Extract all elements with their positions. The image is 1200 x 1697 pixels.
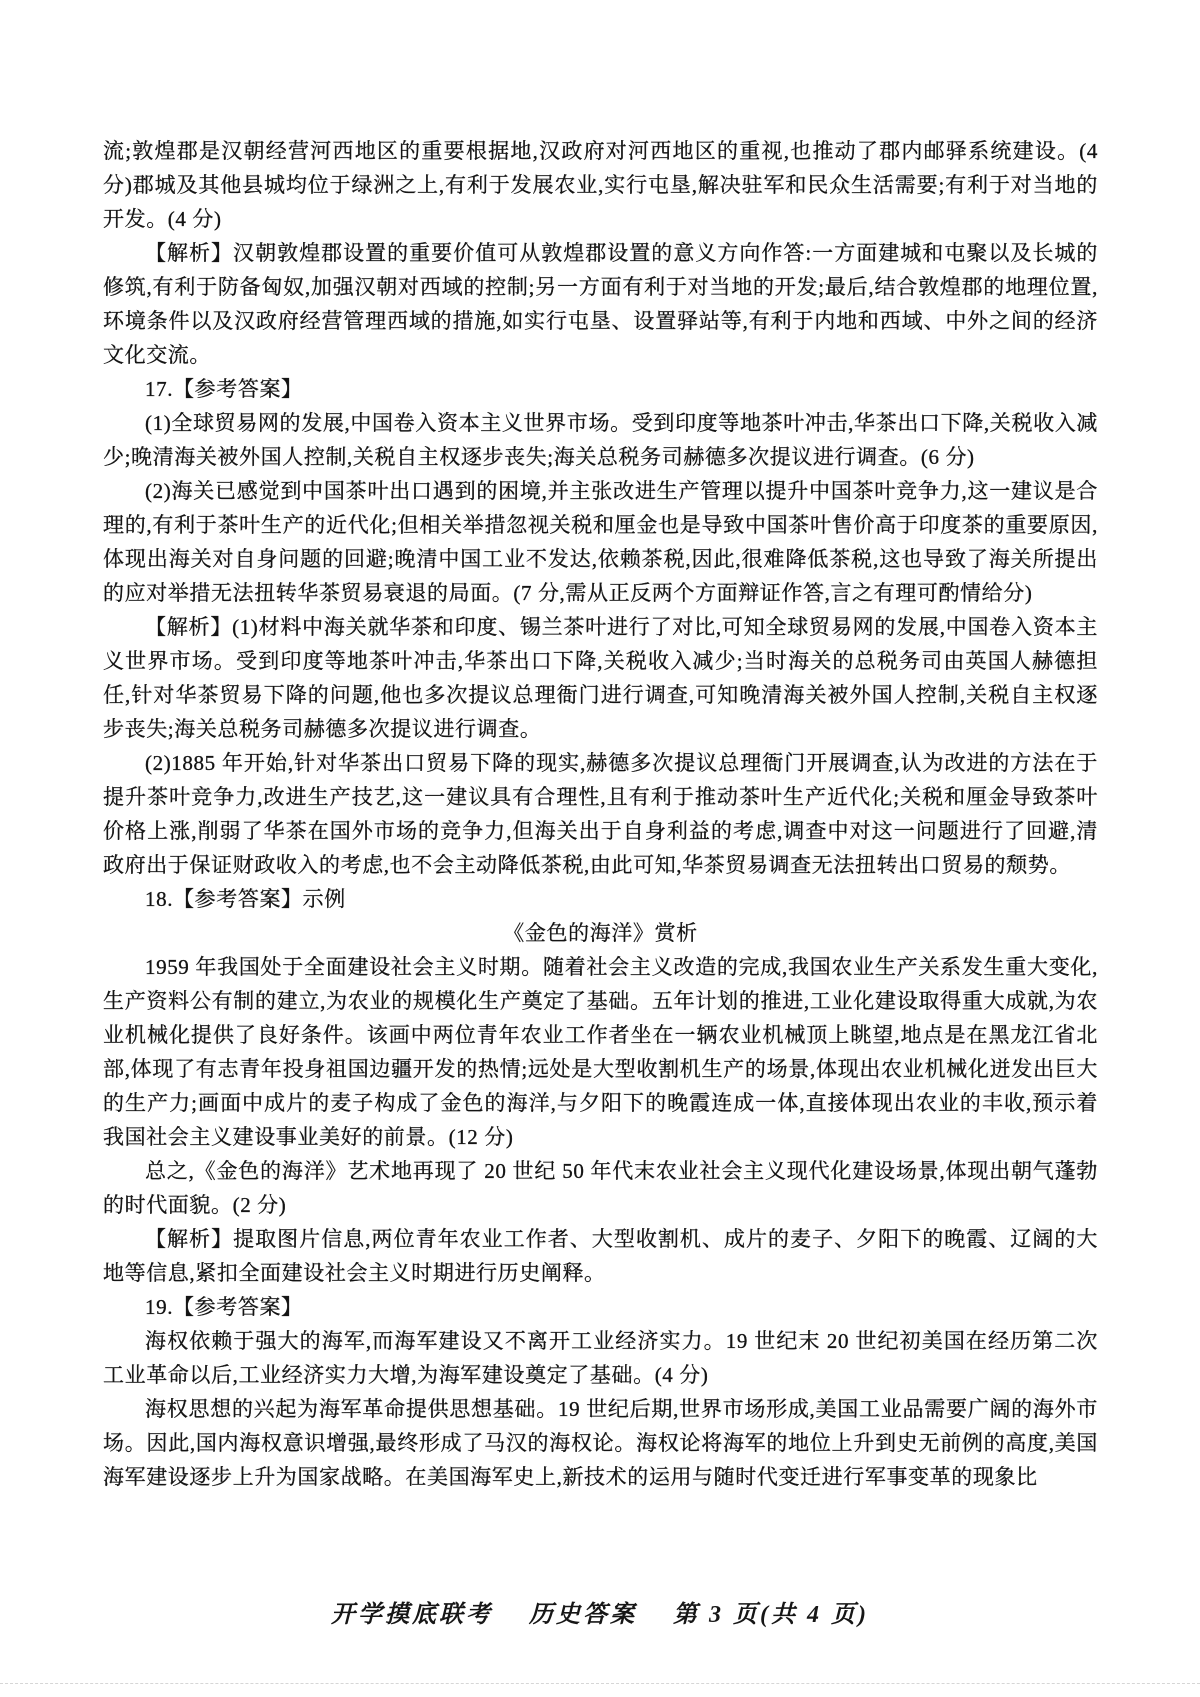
footer-subject: 历史答案 (529, 1602, 637, 1628)
q16-analysis: 【解析】汉朝敦煌郡设置的重要价值可从敦煌郡设置的意义方向作答:一方面建城和屯聚以… (103, 236, 1098, 372)
q18-analysis: 【解析】提取图片信息,两位青年农业工作者、大型收割机、成片的麦子、夕阳下的晚霞、… (103, 1222, 1098, 1290)
q18-essay-title: 《金色的海洋》赏析 (103, 916, 1098, 950)
q17-answer-part1: (1)全球贸易网的发展,中国卷入资本主义世界市场。受到印度等地茶叶冲击,华茶出口… (103, 406, 1098, 474)
q19-answer-part2: 海权思想的兴起为海军革命提供思想基础。19 世纪后期,世界市场形成,美国工业品需… (103, 1392, 1098, 1494)
q16-answer-continuation: 流;敦煌郡是汉朝经营河西地区的重要根据地,汉政府对河西地区的重视,也推动了郡内邮… (103, 134, 1098, 236)
q18-essay-body: 1959 年我国处于全面建设社会主义时期。随着社会主义改造的完成,我国农业生产关… (103, 950, 1098, 1154)
q18-header: 18.【参考答案】示例 (103, 882, 1098, 916)
q19-answer-part1: 海权依赖于强大的海军,而海军建设又不离开工业经济实力。19 世纪末 20 世纪初… (103, 1324, 1098, 1392)
q18-essay-conclusion: 总之,《金色的海洋》艺术地再现了 20 世纪 50 年代末农业社会主义现代化建设… (103, 1154, 1098, 1222)
q17-answer-part2: (2)海关已感觉到中国茶叶出口遇到的困境,并主张改进生产管理以提升中国茶叶竞争力… (103, 474, 1098, 610)
q17-header: 17.【参考答案】 (103, 372, 1098, 406)
perforation-line (0, 1683, 1200, 1684)
q19-header: 19.【参考答案】 (103, 1290, 1098, 1324)
footer-exam-name: 开学摸底联考 (331, 1602, 493, 1628)
page-footer: 开学摸底联考历史答案第 3 页(共 4 页) (0, 1594, 1200, 1629)
answer-sheet-body: 流;敦煌郡是汉朝经营河西地区的重要根据地,汉政府对河西地区的重视,也推动了郡内邮… (103, 134, 1098, 1494)
footer-page-info: 第 3 页(共 4 页) (673, 1602, 869, 1628)
q17-analysis-part1: 【解析】(1)材料中海关就华茶和印度、锡兰茶叶进行了对比,可知全球贸易网的发展,… (103, 610, 1098, 746)
q17-analysis-part2: (2)1885 年开始,针对华茶出口贸易下降的现实,赫德多次提议总理衙门开展调查… (103, 746, 1098, 882)
